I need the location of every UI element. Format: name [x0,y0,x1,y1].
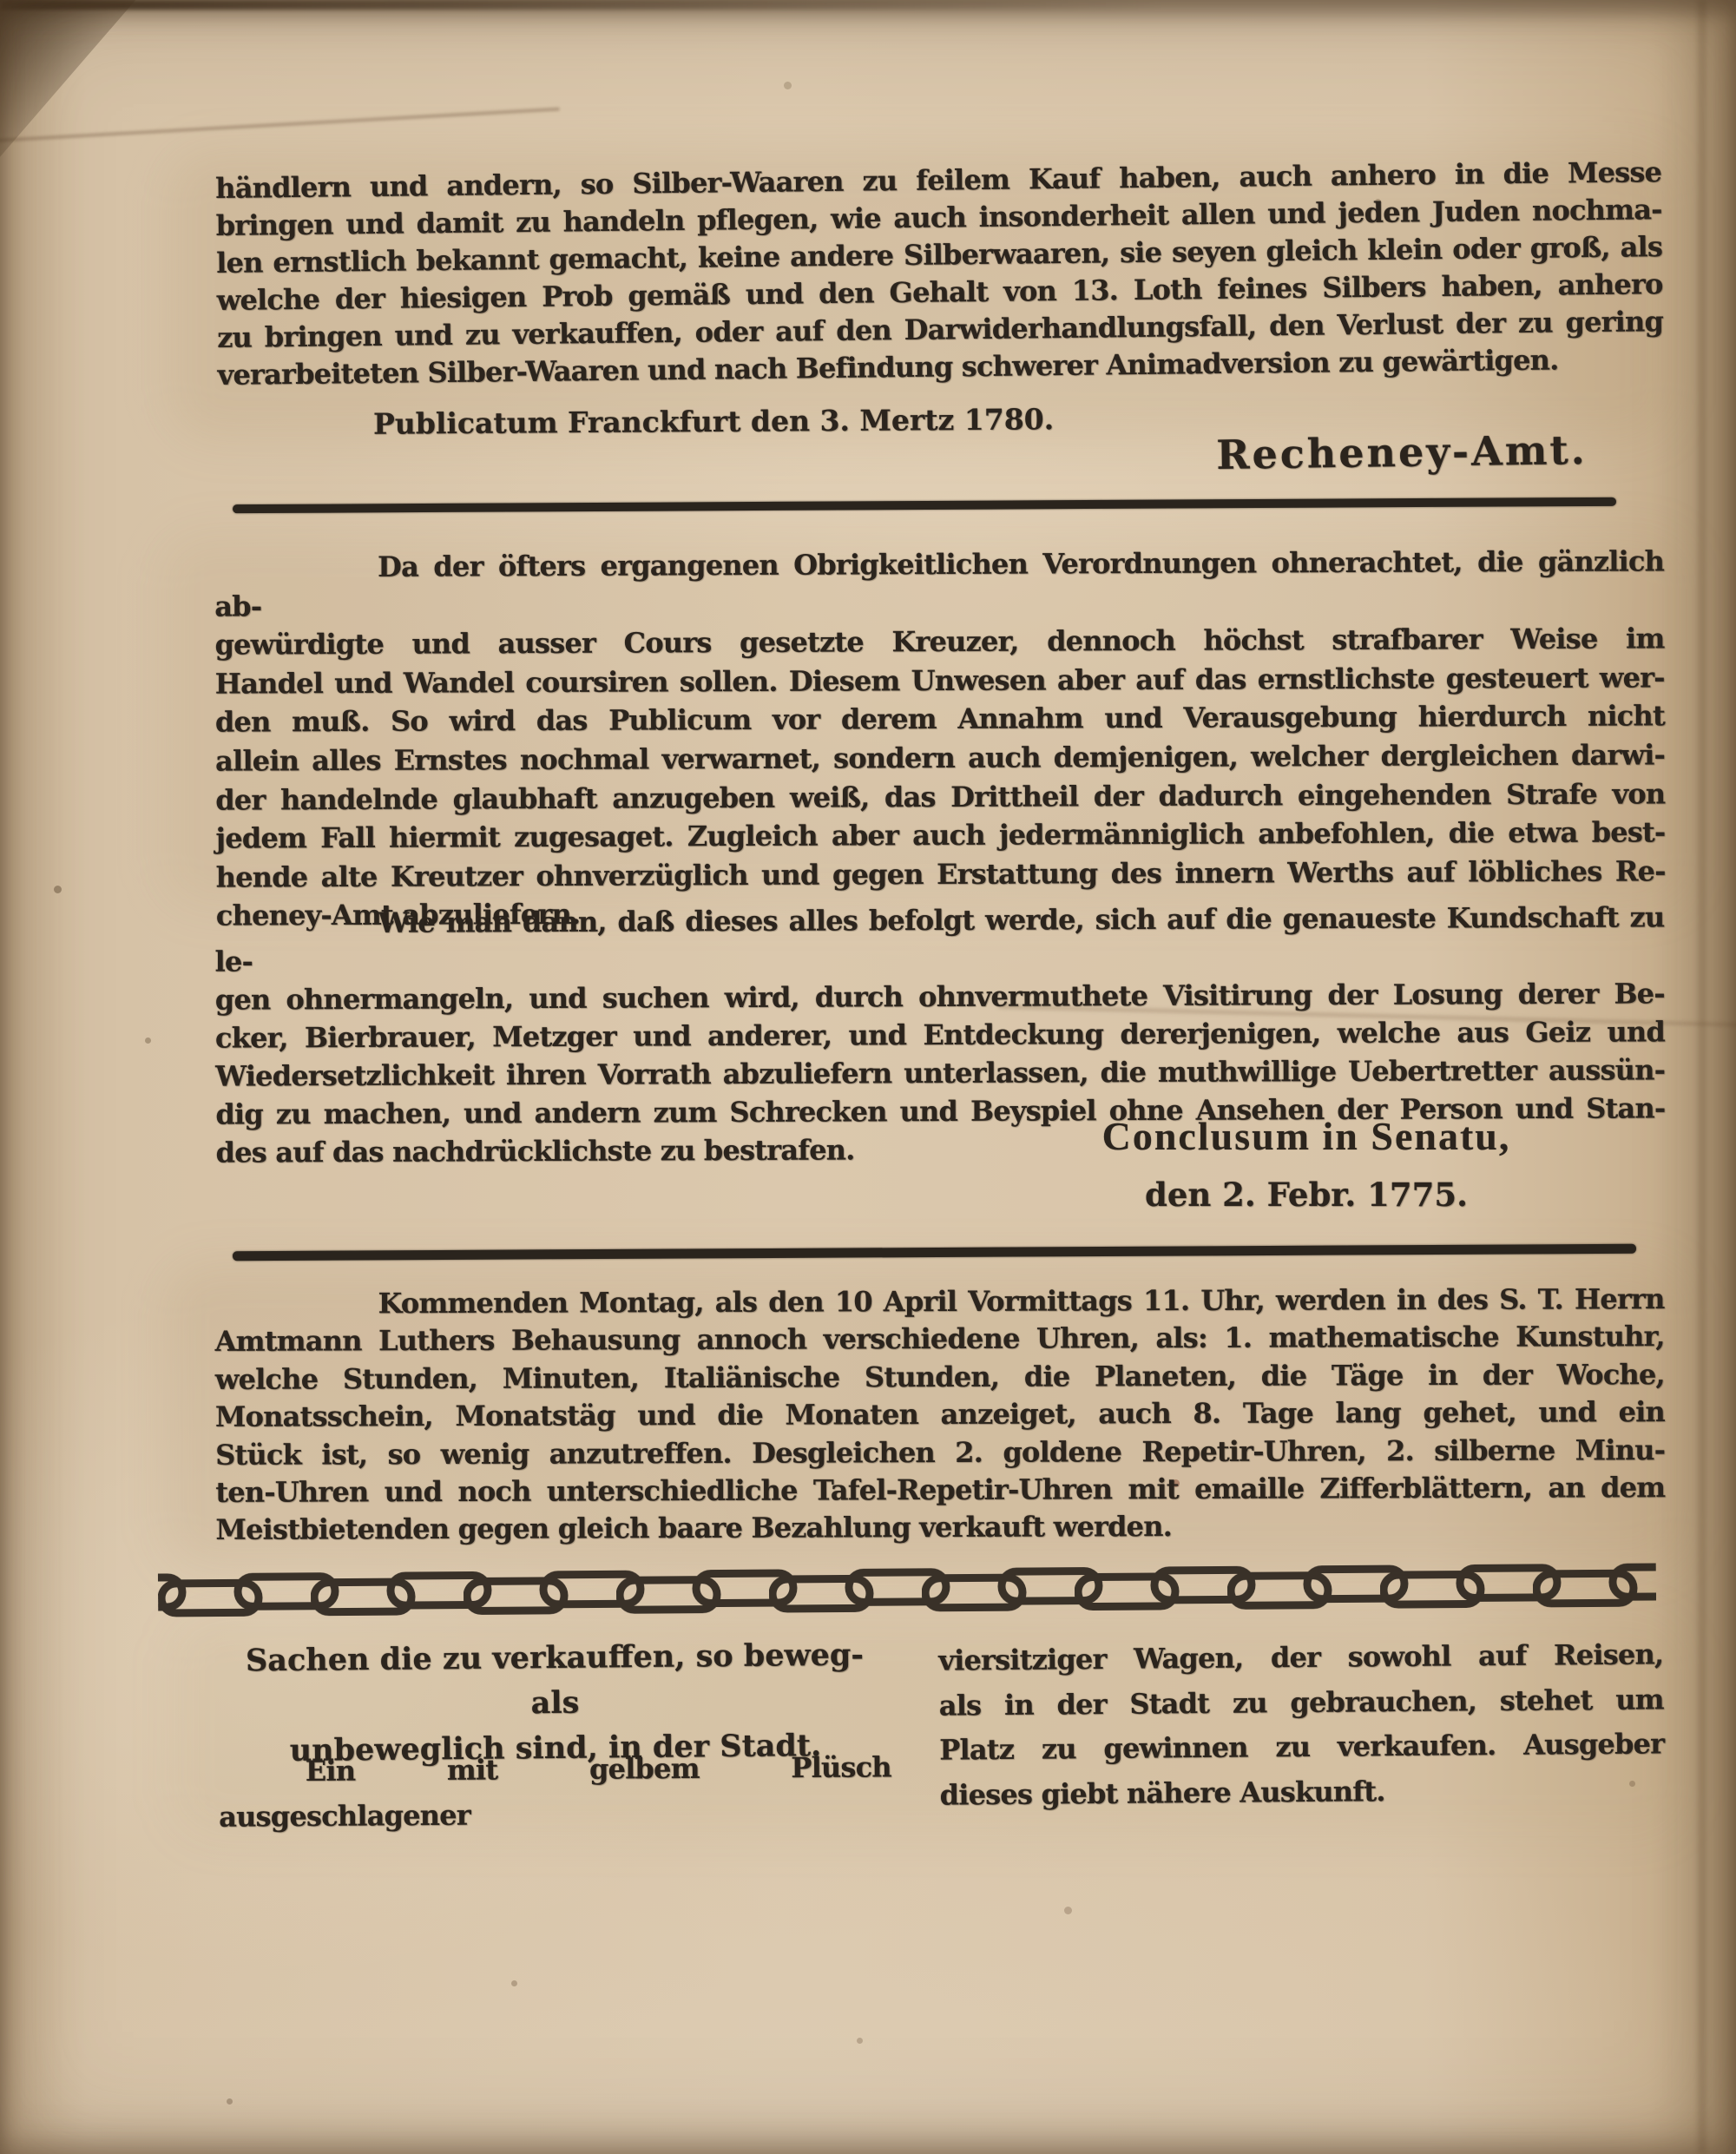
paper-crease [0,108,560,143]
senate-conclusion-line: Conclusum in Senatu, [1063,1113,1549,1159]
text-line: dieses giebt nähere Auskunft. [939,1767,1664,1818]
text-line: hende alte Kreutzer ohnverzüglich und ge… [216,852,1666,897]
text-line: Meistbietenden gegen gleich baare Bezahl… [215,1507,1665,1550]
section-silver-notice: händlern und andern, so Silber-Waaren zu… [215,154,1664,394]
silver-notice-text: händlern und andern, so Silber-Waaren zu… [215,154,1664,394]
page-top-edge-shadow [0,0,1163,10]
text-line: der handelnde glaubhaft anzugeben weiß, … [215,774,1665,820]
text-line: gen ohnermangeln, und suchen wird, durch… [215,974,1665,1018]
chain-ornament-icon [158,1559,1656,1622]
text-line: cker, Bierbrauer, Metzger und anderer, u… [215,1012,1665,1057]
section-kreuzer-notice-paragraph-1: Da der öfters ergangenen Obrigkeitlichen… [214,542,1666,935]
silver-notice-signature: Recheney-Amt. [1176,425,1628,478]
senate-conclusion-date: den 2. Febr. 1775. [1063,1176,1549,1214]
chain-ornament-divider [158,1559,1656,1622]
text-line: Wie man dann, daß dieses alles befolgt w… [214,898,1664,980]
classifieds-right-column: viersitziger Wagen, der sowohl auf Reise… [938,1632,1665,1818]
text-line: Sachen die zu verkauffen, so beweg- als [218,1632,891,1729]
text-line: Stück ist, so wenig anzutreffen. Desglei… [215,1432,1665,1474]
text-line: Kommenden Montag, als den 10 April Vormi… [214,1281,1664,1323]
section-divider-rule [233,497,1616,513]
text-line: Handel und Wandel coursiren sollen. Dies… [215,658,1665,703]
section-auction-notice: Kommenden Montag, als den 10 April Vormi… [214,1281,1665,1550]
classifieds-right-column-text: viersitziger Wagen, der sowohl auf Reise… [938,1632,1665,1818]
text-line: Platz zu gewinnen zu verkaufen. Ausgeber [939,1723,1664,1774]
paper-crease [1698,0,1706,2154]
section-divider-rule [233,1244,1636,1261]
text-line: den muß. So wird das Publicum vor derem … [215,697,1665,742]
classifieds-left-body-text: Ein mit gelbem Plüsch ausgeschlagener [219,1744,892,1839]
classifieds-left-body: Ein mit gelbem Plüsch ausgeschlagener [219,1744,892,1839]
text-line: allein alles Ernstes nochmal verwarnet, … [215,735,1665,781]
kreuzer-notice-paragraph-1-text: Da der öfters ergangenen Obrigkeitlichen… [214,542,1666,935]
text-line: jedem Fall hiermit zugesaget. Zugleich a… [215,814,1665,859]
page-corner-fold [0,0,137,159]
paper-specks [0,0,4,4]
text-line: Monatsschein, Monatstäg und die Monaten … [215,1393,1665,1436]
auction-notice-text: Kommenden Montag, als den 10 April Vormi… [214,1281,1665,1550]
text-line: als in der Stadt zu gebrauchen, stehet u… [939,1677,1664,1729]
text-line: ten-Uhren und noch unterschiedliche Tafe… [215,1469,1665,1512]
text-line: Ein mit gelbem Plüsch ausgeschlagener [219,1744,892,1839]
text-line: Wiedersetzlichkeit ihren Vorrath abzulie… [215,1051,1665,1095]
silver-notice-dateline: Publicatum Franckfurt den 3. Mertz 1780. [373,402,1054,440]
text-line: gewürdigte und ausser Cours gesetzte Kre… [214,620,1664,665]
text-line: welche Stunden, Minuten, Italiänische St… [215,1356,1665,1399]
text-line: Da der öfters ergangenen Obrigkeitlichen… [214,542,1664,625]
newspaper-page: händlern und andern, so Silber-Waaren zu… [0,0,1736,2154]
text-line: viersitziger Wagen, der sowohl auf Reise… [938,1632,1663,1683]
text-line: Amtmann Luthers Behausung annoch verschi… [215,1318,1665,1360]
